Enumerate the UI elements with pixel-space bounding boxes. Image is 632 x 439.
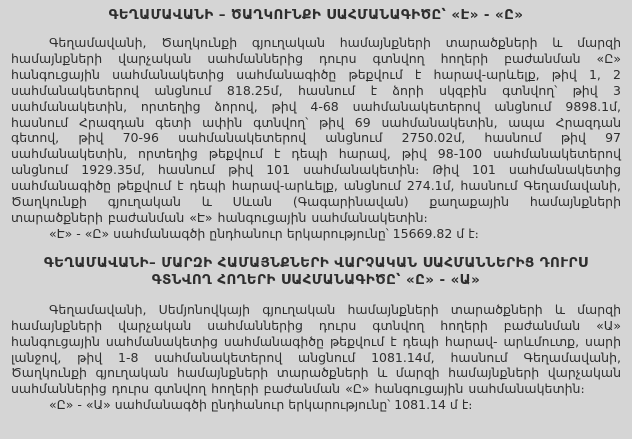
section1-total-length-line: «Է» - «Ը» սահմանագծի ընդհանուր երկարությ… [11,226,621,242]
section2-body-paragraph: Գեղամավանի, Սեմյոնովկայի գյուղական համայ… [11,302,621,397]
section1-title: ԳԵՂԱՄԱՎԱՆԻ – ԾԱՂԿՈՒՆՔԻ ՍԱՀՄԱՆԱԳԻԾԸ՝ «Է» … [11,7,621,24]
section2-title: ԳԵՂԱՄԱՎԱՆԻ– ՄԱՐԶԻ ՀԱՄԱՅՆՔՆԵՐԻ ՎԱՐՉԱԿԱՆ Ս… [11,255,621,289]
section2-total-length-line: «Ը» - «Ա» սահմանագծի ընդհանուր երկարությ… [11,397,621,413]
scanned-document-page: ԳԵՂԱՄԱՎԱՆԻ – ԾԱՂԿՈՒՆՔԻ ՍԱՀՄԱՆԱԳԻԾԸ՝ «Է» … [0,0,632,439]
section1-body-paragraph: Գեղամավանի, Ծաղկունքի գյուղական համայնքն… [11,35,621,226]
